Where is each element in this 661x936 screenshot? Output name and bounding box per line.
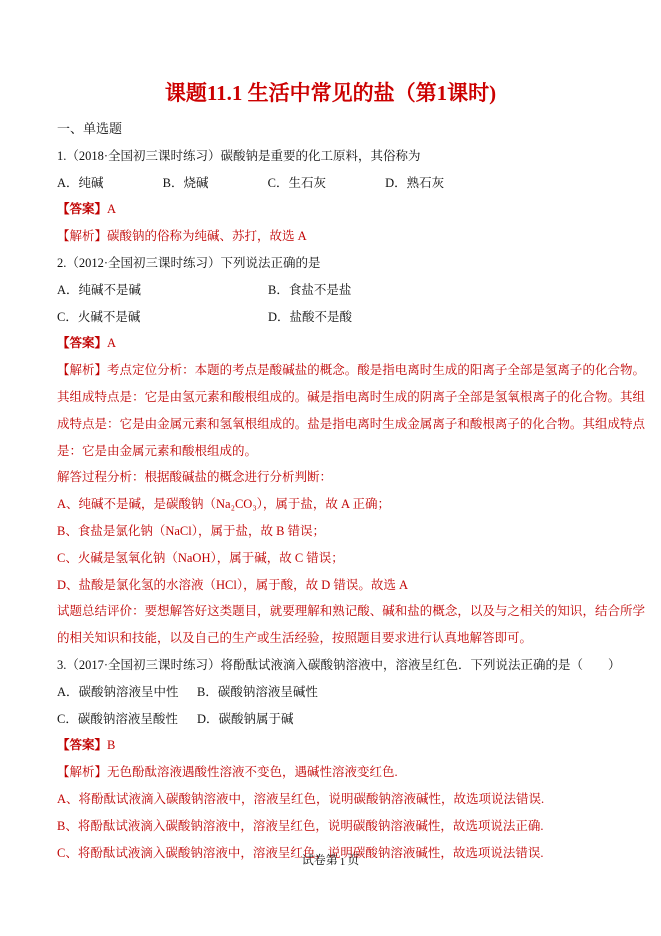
question-3-options-row-1: A．碳酸钠溶液呈中性 B．碳酸钠溶液呈碱性 <box>57 679 645 706</box>
question-2-analysis-line-4: C、火碱是氢氧化钠（NaOH），属于碱，故 C 错误； <box>57 545 645 572</box>
answer-value: A <box>107 202 116 216</box>
question-2-analysis-line-1: 解答过程分析：根据酸碱盐的概念进行分析判断： <box>57 464 645 491</box>
question-2-stem: 2.（2012·全国初三课时练习）下列说法正确的是 <box>57 250 645 277</box>
question-1-options: A．纯碱 B．烧碱 C．生石灰 D．熟石灰 <box>57 170 645 197</box>
question-2-analysis-paragraph-2: 试题总结评价：要想解答好这类题目，就要理解和熟记酸、碱和盐的概念，以及与之相关的… <box>57 598 645 652</box>
answer-value: B <box>107 738 115 752</box>
page-footer: 试卷第1页 <box>0 852 661 869</box>
question-1-option-d: D．熟石灰 <box>385 170 444 197</box>
question-2-analysis-line-2: A、纯碱不是碱，是碳酸钠（Na₂CO₃），属于盐，故 A 正确； <box>57 491 645 518</box>
question-3-analysis-line-3: B、将酚酞试液滴入碳酸钠溶液中，溶液呈红色，说明碳酸钠溶液碱性，故选项说法正确. <box>57 813 645 840</box>
question-2-option-a: A．纯碱不是碱 <box>57 277 268 304</box>
question-2-option-d: D．盐酸不是酸 <box>268 304 352 331</box>
question-2-analysis-line-3: B、食盐是氯化钠（NaCl），属于盐，故 B 错误； <box>57 518 645 545</box>
footer-suffix: 页 <box>347 853 359 867</box>
footer-prefix: 试卷第 <box>302 853 338 867</box>
question-2-option-b: B．食盐不是盐 <box>268 277 351 304</box>
question-1-answer: 【答案】A <box>57 196 645 223</box>
question-2-answer: 【答案】A <box>57 330 645 357</box>
question-2-options-row-2: C．火碱不是碱 D．盐酸不是酸 <box>57 304 645 331</box>
question-3-option-a: A．碳酸钠溶液呈中性 <box>57 679 197 706</box>
question-3-answer: 【答案】B <box>57 732 645 759</box>
question-1-stem: 1.（2018·全国初三课时练习）碳酸钠是重要的化工原料，其俗称为 <box>57 143 645 170</box>
section-heading: 一、单选题 <box>57 116 645 143</box>
question-3-analysis-line-1: 【解析】无色酚酞溶液遇酸性溶液不变色，遇碱性溶液变红色. <box>57 759 645 786</box>
answer-value: A <box>107 336 116 350</box>
question-2-options-row-1: A．纯碱不是碱 B．食盐不是盐 <box>57 277 645 304</box>
question-3-option-c: C．碳酸钠溶液呈酸性 <box>57 706 197 733</box>
answer-label: 【答案】 <box>57 336 107 350</box>
question-3-option-d: D．碳酸钠属于碱 <box>197 706 294 733</box>
question-3-options-row-2: C．碳酸钠溶液呈酸性 D．碳酸钠属于碱 <box>57 706 645 733</box>
page-title: 课题11.1 生活中常见的盐（第1课时) <box>57 80 645 106</box>
question-1-option-a: A．纯碱 <box>57 170 104 197</box>
question-1-option-c: C．生石灰 <box>268 170 326 197</box>
question-1-option-b: B．烧碱 <box>163 170 209 197</box>
footer-page-number: 1 <box>338 856 348 868</box>
question-2-analysis-line-5: D、盐酸是氯化氢的水溶液（HCl），属于酸，故 D 错误。故选 A <box>57 572 645 599</box>
question-3-analysis-line-2: A、将酚酞试液滴入碳酸钠溶液中，溶液呈红色，说明碳酸钠溶液碱性，故选项说法错误. <box>57 786 645 813</box>
question-2-analysis-paragraph-1: 【解析】考点定位分析：本题的考点是酸碱盐的概念。酸是指电离时生成的阳离子全部是氢… <box>57 357 645 464</box>
question-3-option-b: B．碳酸钠溶液呈碱性 <box>197 679 318 706</box>
question-1-analysis: 【解析】碳酸钠的俗称为纯碱、苏打，故选 A <box>57 223 645 250</box>
question-2-option-c: C．火碱不是碱 <box>57 304 268 331</box>
document-page: 课题11.1 生活中常见的盐（第1课时) 一、单选题 1.（2018·全国初三课… <box>0 0 661 936</box>
answer-label: 【答案】 <box>57 738 107 752</box>
answer-label: 【答案】 <box>57 202 107 216</box>
question-3-stem: 3.（2017·全国初三课时练习）将酚酞试液滴入碳酸钠溶液中，溶液呈红色．下列说… <box>57 652 645 679</box>
